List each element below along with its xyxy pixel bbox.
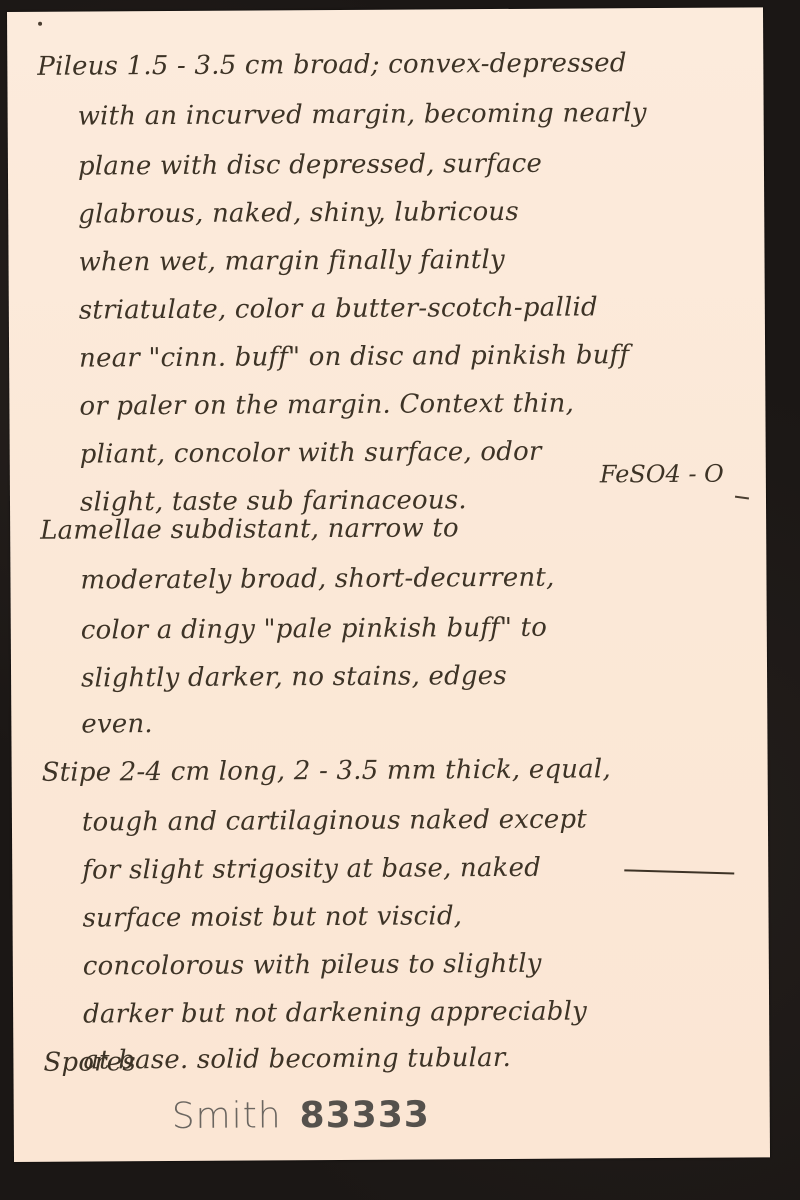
note-line: Spores (43, 1047, 136, 1078)
note-line: tough and cartilaginous naked except (82, 804, 587, 837)
note-line: glabrous, naked, shiny, lubricous (78, 197, 519, 230)
underline-mark (735, 496, 749, 500)
note-line: darker but not darkening appreciably (83, 996, 587, 1029)
note-line: Stipe 2-4 cm long, 2 - 3.5 mm thick, equ… (42, 754, 611, 787)
catalog-number: Smith83333 (172, 1094, 430, 1137)
note-line: slightly darker, no stains, edges (81, 661, 507, 694)
note-line: with an incurved margin, becoming nearly (78, 98, 647, 131)
note-line: striatulate, color a butter-scotch-palli… (79, 292, 598, 325)
note-line: moderately broad, short-decurrent, (80, 563, 554, 596)
note-line: or paler on the margin. Context thin, (79, 389, 574, 422)
note-line: color a dingy "pale pinkish buff" to (81, 613, 547, 646)
specimen-number: 83333 (299, 1094, 429, 1136)
note-line: surface moist but not viscid, (82, 901, 462, 933)
specimen-card: Pileus 1.5 - 3.5 cm broad; convex-depres… (7, 7, 770, 1162)
note-line: for slight strigosity at base, naked (82, 853, 541, 886)
collector-name: Smith (172, 1095, 282, 1137)
note-line: Lamellae subdistant, narrow to (40, 513, 459, 546)
reagent-note: FeSO4 - O (600, 460, 724, 489)
note-line: at base. solid becoming tubular. (83, 1043, 511, 1076)
note-line: when wet, margin finally faintly (78, 245, 505, 278)
note-line: plane with disc depressed, surface (78, 149, 542, 182)
strikethrough-mark (624, 869, 734, 874)
note-line: pliant, concolor with surface, odor (80, 437, 542, 470)
ink-dot (38, 22, 42, 26)
note-line: Pileus 1.5 - 3.5 cm broad; convex-depres… (37, 48, 627, 82)
note-line: even. (81, 709, 153, 739)
note-line: concolorous with pileus to slightly (83, 949, 542, 982)
note-line: near "cinn. buff" on disc and pinkish bu… (79, 340, 629, 373)
